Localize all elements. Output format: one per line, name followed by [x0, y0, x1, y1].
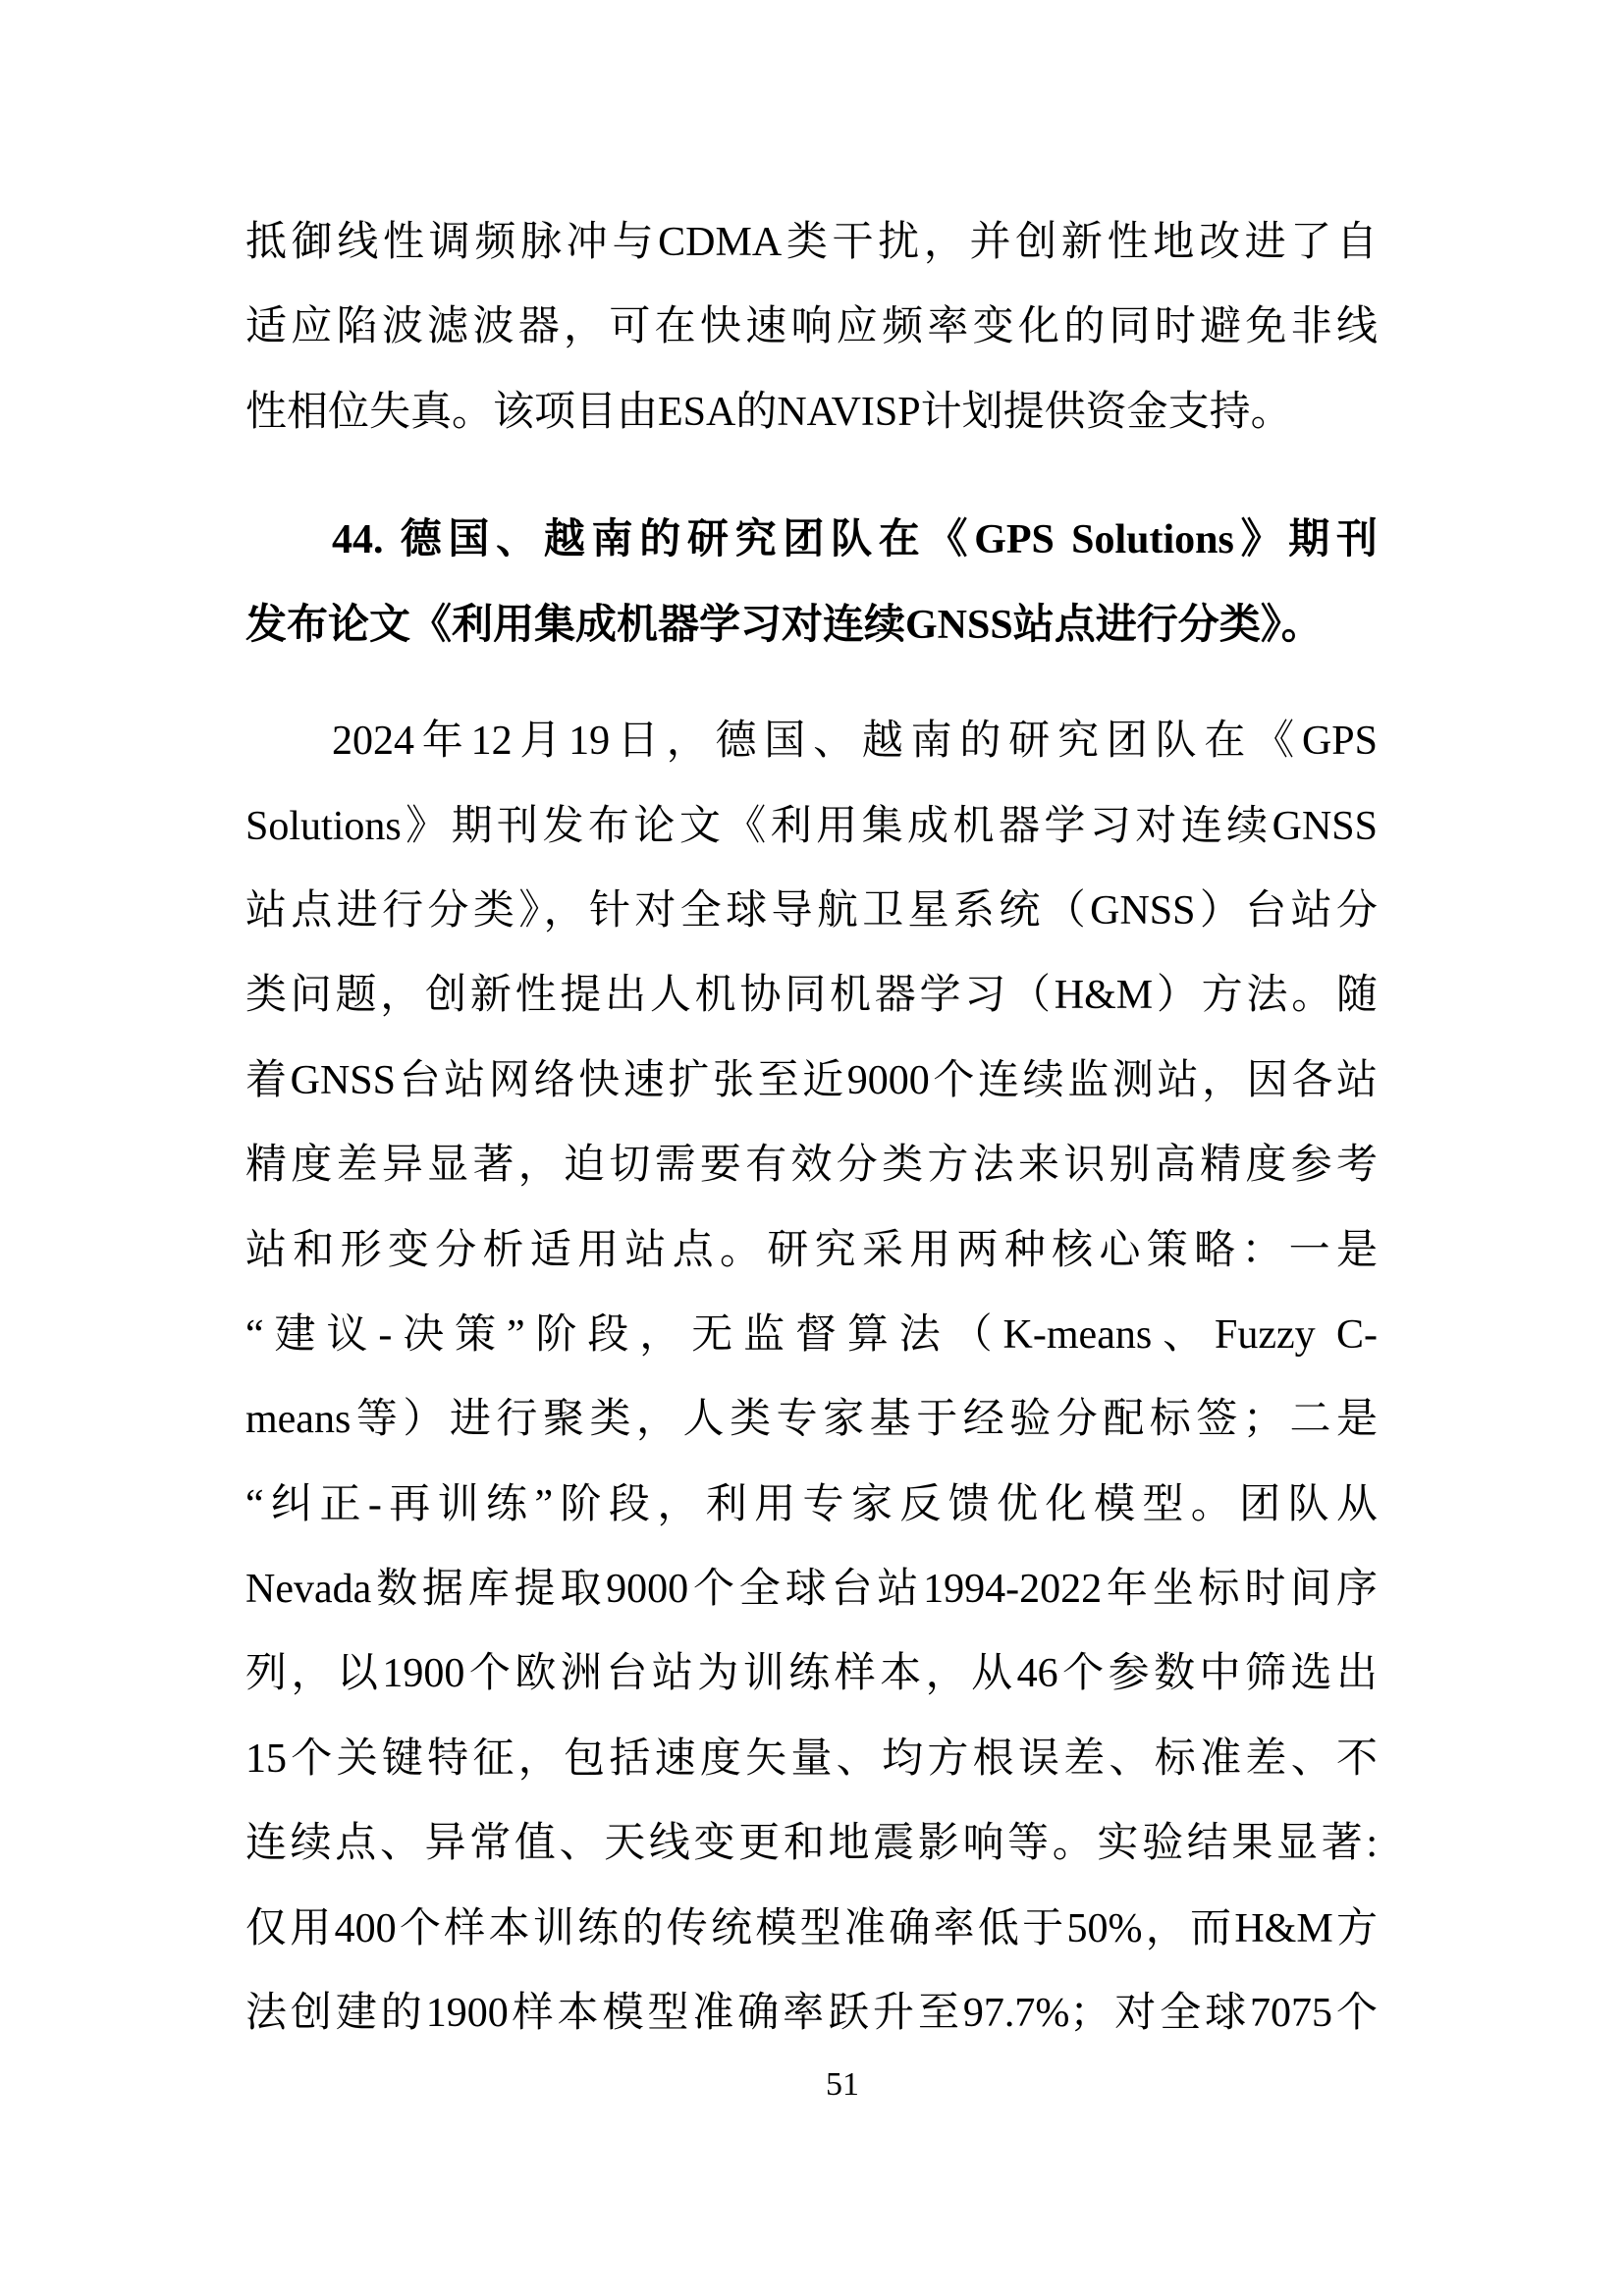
- paragraph-line: “建议-决策”阶段，无监督算法（K-means、Fuzzy C-: [245, 1293, 1378, 1377]
- paragraph-line: 着GNSS台站网络快速扩张至近9000个连续监测站，因各站: [245, 1039, 1378, 1123]
- paragraph-line: 法创建的1900样本模型准确率跃升至97.7%；对全球7075个: [245, 1971, 1378, 2056]
- paragraph-continuation: 抵御线性调频脉冲与CDMA类干扰，并创新性地改进了自 适应陷波滤波器，可在快速响…: [245, 200, 1378, 454]
- paragraph-line: 抵御线性调频脉冲与CDMA类干扰，并创新性地改进了自: [245, 200, 1378, 285]
- paragraph-line: Nevada数据库提取9000个全球台站1994-2022年坐标时间序: [245, 1547, 1378, 1631]
- paragraph-line: 站和形变分析适用站点。研究采用两种核心策略：一是: [245, 1208, 1378, 1293]
- paragraph-line: 仅用400个样本训练的传统模型准确率低于50%，而H&M方: [245, 1887, 1378, 1971]
- paragraph-line: Solutions》期刊发布论文《利用集成机器学习对连续GNSS: [245, 784, 1378, 869]
- paragraph-line: 列，以1900个欧洲台站为训练样本，从46个参数中筛选出: [245, 1631, 1378, 1716]
- paragraph-line: 2024年12月19日，德国、越南的研究团队在《GPS: [245, 699, 1378, 783]
- section-heading-line: 发布论文《利用集成机器学习对连续GNSS站点进行分类》。: [245, 583, 1378, 668]
- paragraph-line: 性相位失真。该项目由ESA的NAVISP计划提供资金支持。: [245, 370, 1378, 454]
- paragraph-article-body: 2024年12月19日，德国、越南的研究团队在《GPS Solutions》期刊…: [245, 699, 1378, 2056]
- paragraph-line: 连续点、异常值、天线变更和地震影响等。实验结果显著:: [245, 1801, 1378, 1886]
- paragraph-line: 15个关键特征，包括速度矢量、均方根误差、标准差、不: [245, 1717, 1378, 1801]
- document-body: 抵御线性调频脉冲与CDMA类干扰，并创新性地改进了自 适应陷波滤波器，可在快速响…: [245, 200, 1378, 2056]
- page-number: 51: [0, 2065, 1624, 2105]
- section-heading: 44. 德国、越南的研究团队在《GPS Solutions》期刊 发布论文《利用…: [245, 498, 1378, 668]
- paragraph-line: “纠正-再训练”阶段，利用专家反馈优化模型。团队从: [245, 1463, 1378, 1547]
- paragraph-line: 类问题，创新性提出人机协同机器学习（H&M）方法。随: [245, 953, 1378, 1038]
- section-heading-line: 44. 德国、越南的研究团队在《GPS Solutions》期刊: [245, 498, 1378, 583]
- paragraph-line: 适应陷波滤波器，可在快速响应频率变化的同时避免非线: [245, 285, 1378, 369]
- paragraph-line: means等）进行聚类，人类专家基于经验分配标签；二是: [245, 1377, 1378, 1462]
- document-page: 抵御线性调频脉冲与CDMA类干扰，并创新性地改进了自 适应陷波滤波器，可在快速响…: [0, 0, 1624, 2296]
- paragraph-line: 精度差异显著，迫切需要有效分类方法来识别高精度参考: [245, 1123, 1378, 1207]
- paragraph-line: 站点进行分类》，针对全球导航卫星系统（GNSS）台站分: [245, 869, 1378, 953]
